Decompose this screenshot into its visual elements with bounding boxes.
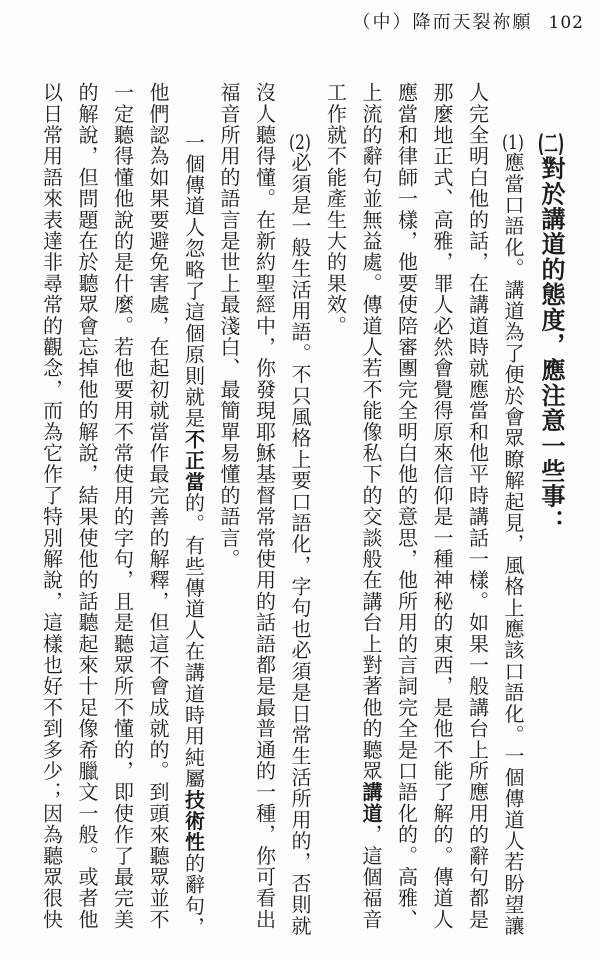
item-number: (1): [501, 132, 525, 152]
text-segment: 應當口語化。講道為了便於會眾瞭解起見，風格上應該口語化。一個傳道人若盼望讓人完全…: [359, 82, 525, 936]
book-title: （中）降而天裂祢願: [353, 8, 533, 34]
emphasized-text: 不正當: [182, 429, 206, 493]
text-area: (二)對於講道的態度，應注意一些事：(1)應當口語化。講道為了便於會眾瞭解起見，…: [30, 82, 572, 940]
text-segment: 一個傳道人忽略了這個原則就是: [182, 132, 206, 429]
text-segment: 對於講道的態度，應注意一些事：: [537, 156, 565, 534]
item-number: (2): [288, 132, 312, 152]
section-heading: (二)對於講道的態度，應注意一些事：: [530, 82, 572, 940]
paragraph: (1)應當口語化。講道為了便於會眾瞭解起見，風格上應該口語化。一個傳道人若盼望讓…: [317, 82, 530, 940]
running-header: （中）降而天裂祢願 102: [353, 8, 584, 34]
emphasized-text: 技術性: [182, 789, 206, 853]
text-segment: 的。有些傳道人在講道時用純屬: [182, 492, 206, 789]
paragraph: 一個傳道人忽略了這個原則就是不正當的。有些傳道人在講道時用純屬技術性的辭句，他們…: [33, 82, 211, 940]
page-number: 102: [549, 13, 584, 33]
emphasized-text: 講道: [359, 782, 383, 824]
paragraph: (2)必須是一般生活用語。不只風格上要口語化，字句也必須是日常生活所用的，否則就…: [211, 82, 318, 940]
text-segment: 必須是一般生活用語。不只風格上要口語化，字句也必須是日常生活所用的，否則就沒人聽…: [217, 82, 312, 936]
item-number: (二): [537, 132, 565, 156]
